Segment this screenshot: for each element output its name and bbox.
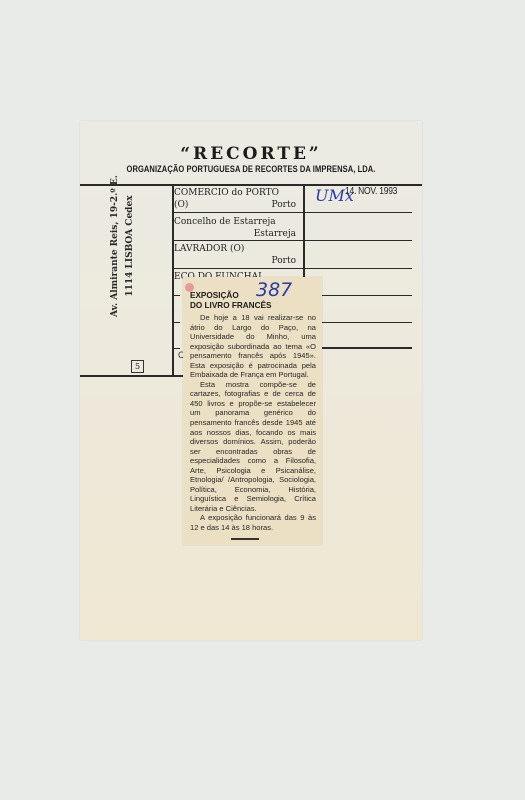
- address-line-2: 1114 LISBOA Cedex: [123, 175, 138, 317]
- row-rule: [172, 322, 180, 323]
- newspaper-clipping: 387 EXPOSIÇÃO DO LIVRO FRANCÊS De hoje a…: [183, 277, 322, 545]
- row-rule: [303, 212, 412, 213]
- publication-row: LAVRADOR (O) Porto: [174, 243, 296, 267]
- publication-name: LAVRADOR (O): [174, 243, 296, 255]
- box-number: 5: [131, 360, 144, 373]
- agency-subtitle: ORGANIZAÇÃO PORTUGUESA DE RECORTES DA IM…: [111, 164, 391, 174]
- paragraph: Esta mostra compõe-se de cartazes, fotog…: [190, 380, 316, 514]
- row-rule: [322, 322, 412, 323]
- publication-city: Estarreja: [174, 228, 296, 240]
- date-stamp: 14. NOV. 1993: [345, 186, 397, 197]
- row-rule: [322, 295, 412, 296]
- publication-row: COMERCIO do PORTO (O)Porto: [174, 187, 296, 211]
- publication-name: Concelho de Estarreja: [174, 216, 296, 228]
- row-rule: [172, 268, 303, 269]
- paragraph: A exposição funcionará das 9 às 12 e das…: [190, 513, 316, 532]
- publication-city: Porto: [174, 255, 296, 267]
- end-rule: [231, 538, 259, 540]
- clipping-body: De hoje a 18 vai realizar-se no átrio do…: [190, 313, 316, 533]
- clipping-headline: EXPOSIÇÃO DO LIVRO FRANCÊS: [190, 291, 271, 311]
- headline-line-1: EXPOSIÇÃO: [190, 291, 271, 301]
- publication-qualifier: (O): [174, 199, 188, 211]
- publication-row: Concelho de Estarreja Estarreja: [174, 216, 296, 240]
- agency-title: “RECORTE”: [80, 144, 422, 164]
- publication-city: Porto: [272, 199, 296, 211]
- row-rule: [303, 240, 412, 241]
- row-rule: [172, 212, 303, 213]
- row-rule: [172, 348, 180, 349]
- row-rule: [172, 240, 303, 241]
- address-line-1: Av. Almirante Reis, 19-2.º E.: [108, 175, 123, 317]
- row-rule: [303, 268, 412, 269]
- headline-line-2: DO LIVRO FRANCÊS: [190, 301, 271, 311]
- paragraph: De hoje a 18 vai realizar-se no átrio do…: [190, 313, 316, 380]
- row-rule: [172, 295, 180, 296]
- agency-address: Av. Almirante Reis, 19-2.º E. 1114 LISBO…: [108, 175, 138, 317]
- clipping-service-form: “RECORTE” ORGANIZAÇÃO PORTUGUESA DE RECO…: [80, 121, 422, 640]
- publication-name: COMERCIO do PORTO: [174, 187, 296, 199]
